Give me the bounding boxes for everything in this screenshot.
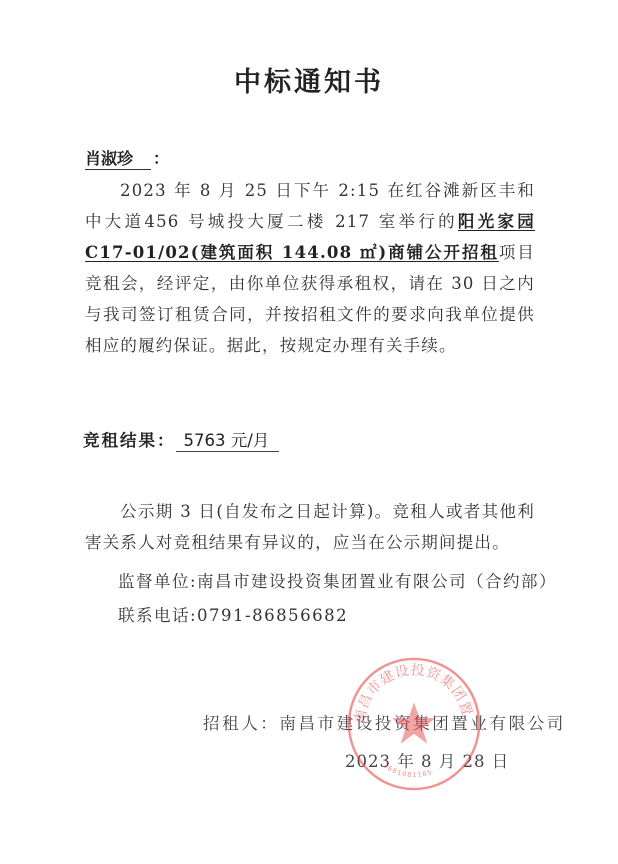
issue-date: 2023 年 8 月 28 日 [345, 748, 509, 772]
signer-line: 招租人：南昌市建设投资集团置业有限公司 [203, 710, 566, 734]
bid-result: 竞租结果：5763 元/月 [83, 427, 279, 452]
salutation: 肖淑珍： [85, 146, 169, 170]
recipient-name: 肖淑珍 [85, 149, 151, 170]
publicity-text: 公示期 3 日(自发布之日起计算)。竞租人或者其他利害关系人对竞租结果有异议的，… [85, 502, 535, 552]
publicity-paragraph: 公示期 3 日(自发布之日起计算)。竞租人或者其他利害关系人对竞租结果有异议的，… [85, 496, 535, 558]
bid-result-label: 竞租结果： [83, 431, 176, 450]
notice-paragraph: 2023 年 8 月 25 日下午 2:15 在红谷滩新区丰和中大道456 号城… [85, 175, 535, 361]
notice-page: 中标通知书 肖淑珍： 2023 年 8 月 25 日下午 2:15 在红谷滩新区… [0, 0, 618, 864]
document-title: 中标通知书 [0, 60, 618, 99]
phone-line: 联系电话:0791-86856682 [118, 602, 348, 626]
salutation-colon: ： [153, 149, 169, 168]
supervisor-line: 监督单位:南昌市建设投资集团置业有限公司（合约部） [118, 568, 557, 592]
bid-result-value: 5763 元/月 [176, 431, 280, 452]
